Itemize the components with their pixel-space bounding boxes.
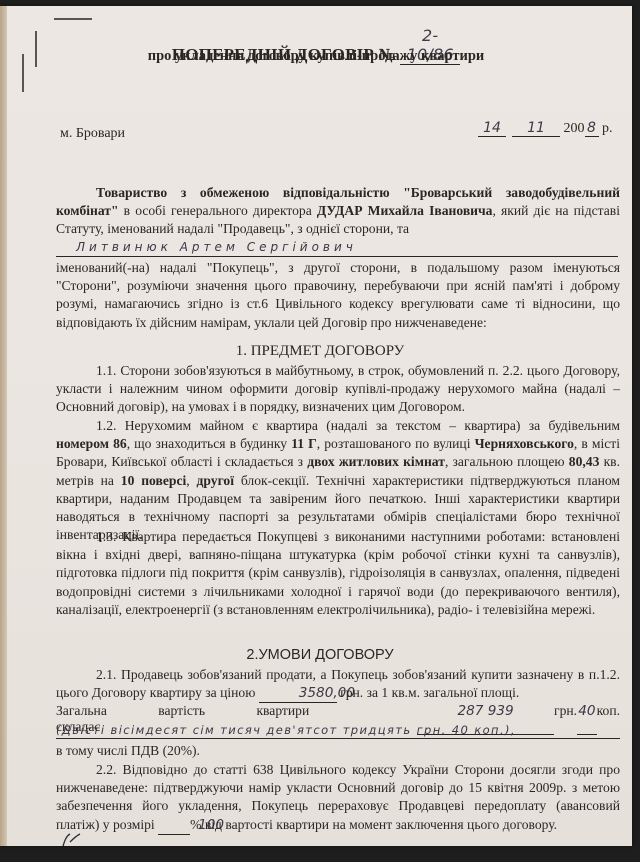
vat-note: в тому числі ПДВ (20%).: [56, 743, 620, 759]
date-day: 14: [478, 120, 506, 137]
section-2-heading: 2.УМОВИ ДОГОВОРУ: [0, 647, 632, 663]
price-per-sqm: 3580,00: [259, 684, 337, 703]
clause-2-2: 2.2. Відповідно до статті 638 Цивільного…: [56, 761, 620, 835]
clause-2-1: 2.1. Продавець зобов'язаний продати, а П…: [56, 666, 620, 703]
total-in-words: (Двісті вісімдесят сім тисяч дев'ятсот т…: [56, 722, 620, 739]
contract-page: ПОПЕРЕДНІЙ ДОГОВІР № 2-10/86 про укладен…: [0, 6, 632, 846]
section-1-heading: 1. ПРЕДМЕТ ДОГОВОРУ: [0, 343, 632, 360]
city: м. Бровари: [60, 126, 125, 142]
clause-1-2: 1.2. Нерухомим майном є квартира (надалі…: [56, 417, 620, 544]
buyer-name: Литвинюк Артем Сергійович: [76, 240, 357, 254]
clause-1-1: 1.1. Сторони зобов'язуються в майбутньом…: [56, 362, 620, 417]
buyer-name-field: Литвинюк Артем Сергійович: [56, 238, 618, 257]
date-month: 11: [512, 120, 560, 137]
document-subtitle: про укладення договору купівлі-продажу к…: [0, 48, 632, 65]
binder-mark: [54, 18, 92, 20]
page-edge: [0, 6, 7, 846]
signature-mark: [58, 832, 84, 846]
clause-1-3: 1.3. Квартира передається Покупцеві з ви…: [56, 528, 620, 619]
contract-date: 1411 2008 р.: [478, 120, 613, 137]
date-year: 8: [585, 120, 599, 137]
preamble-continuation: іменований(-на) надалі "Покупець", з дру…: [56, 259, 620, 332]
prepayment-percent: 100: [158, 816, 190, 835]
preamble: Товариство з обмеженою відповідальністю …: [56, 184, 620, 239]
